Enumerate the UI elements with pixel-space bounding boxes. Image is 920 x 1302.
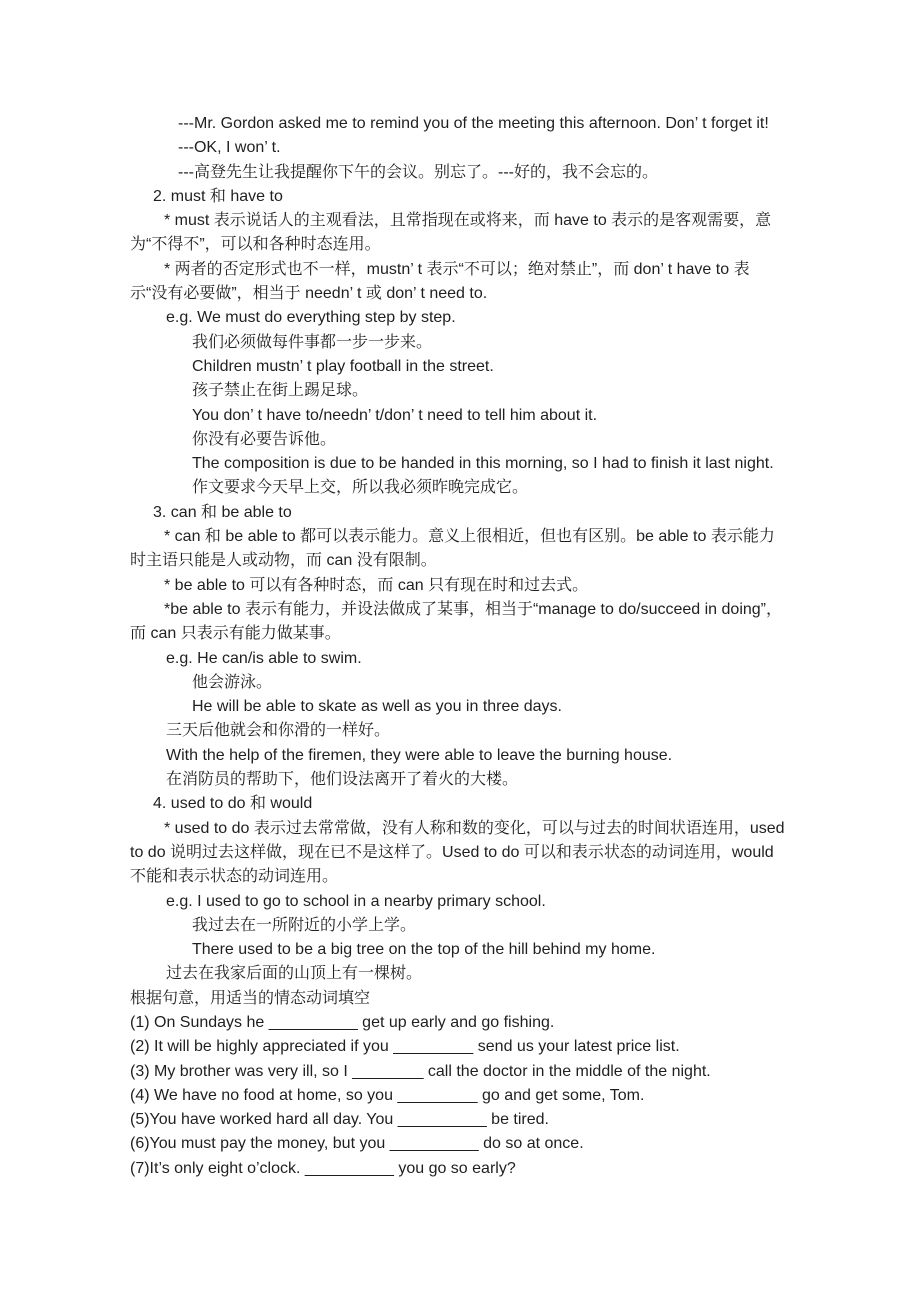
text-line: e.g. He can/is able to swim. <box>130 647 850 671</box>
text-line: 为“不得不”，可以和各种时态连用。 <box>130 233 850 257</box>
text-line: *be able to 表示有能力，并设法做成了某事，相当于“manage to… <box>130 598 850 622</box>
text-line: 孩子禁止在街上踢足球。 <box>130 379 850 403</box>
text-line: Children mustn’ t play football in the s… <box>130 355 850 379</box>
text-line: 我过去在一所附近的小学上学。 <box>130 914 850 938</box>
text-line: (5)You have worked hard all day. You ___… <box>130 1108 850 1132</box>
text-line: e.g. I used to go to school in a nearby … <box>130 890 850 914</box>
text-line: 作文要求今天早上交，所以我必须昨晚完成它。 <box>130 476 850 500</box>
text-line: 4. used to do 和 would <box>130 792 850 816</box>
text-line: 示“没有必要做”，相当于 needn’ t 或 don’ t need to. <box>130 282 850 306</box>
text-line: e.g. We must do everything step by step. <box>130 306 850 330</box>
text-line: 不能和表示状态的动词连用。 <box>130 865 850 889</box>
document-content: ---Mr. Gordon asked me to remind you of … <box>130 112 850 1181</box>
text-line: * can 和 be able to 都可以表示能力。意义上很相近，但也有区别。… <box>130 525 850 549</box>
text-line: * used to do 表示过去常常做，没有人称和数的变化，可以与过去的时间状… <box>130 817 850 841</box>
text-line: 他会游泳。 <box>130 671 850 695</box>
text-line: 时主语只能是人或动物，而 can 没有限制。 <box>130 549 850 573</box>
text-line: (2) It will be highly appreciated if you… <box>130 1035 850 1059</box>
text-line: 根据句意，用适当的情态动词填空 <box>130 987 850 1011</box>
text-line: 三天后他就会和你滑的一样好。 <box>130 719 850 743</box>
text-line: * be able to 可以有各种时态，而 can 只有现在时和过去式。 <box>130 574 850 598</box>
text-line: (7)It’s only eight o’clock. __________ y… <box>130 1157 850 1181</box>
text-line: 2. must 和 have to <box>130 185 850 209</box>
text-line: The composition is due to be handed in t… <box>130 452 850 476</box>
text-line: You don’ t have to/needn’ t/don’ t need … <box>130 404 850 428</box>
document-page: ---Mr. Gordon asked me to remind you of … <box>0 0 920 1302</box>
text-line: ---高登先生让我提醒你下午的会议。别忘了。---好的，我不会忘的。 <box>130 161 850 185</box>
text-line: There used to be a big tree on the top o… <box>130 938 850 962</box>
text-line: to do 说明过去这样做，现在已不是这样了。Used to do 可以和表示状… <box>130 841 850 865</box>
text-line: * 两者的否定形式也不一样，mustn’ t 表示“不可以；绝对禁止”，而 do… <box>130 258 850 282</box>
text-line: ---Mr. Gordon asked me to remind you of … <box>130 112 850 136</box>
text-line: 过去在我家后面的山顶上有一棵树。 <box>130 962 850 986</box>
text-line: He will be able to skate as well as you … <box>130 695 850 719</box>
text-line: With the help of the firemen, they were … <box>130 744 850 768</box>
text-line: ---OK, I won’ t. <box>130 136 850 160</box>
text-line: 你没有必要告诉他。 <box>130 428 850 452</box>
text-line: 我们必须做每件事都一步一步来。 <box>130 331 850 355</box>
text-line: (4) We have no food at home, so you ____… <box>130 1084 850 1108</box>
text-line: 3. can 和 be able to <box>130 501 850 525</box>
text-line: (6)You must pay the money, but you _____… <box>130 1132 850 1156</box>
text-line: (1) On Sundays he __________ get up earl… <box>130 1011 850 1035</box>
text-line: 而 can 只表示有能力做某事。 <box>130 622 850 646</box>
text-line: 在消防员的帮助下，他们设法离开了着火的大楼。 <box>130 768 850 792</box>
text-line: * must 表示说话人的主观看法，且常指现在或将来，而 have to 表示的… <box>130 209 850 233</box>
text-line: (3) My brother was very ill, so I ______… <box>130 1060 850 1084</box>
